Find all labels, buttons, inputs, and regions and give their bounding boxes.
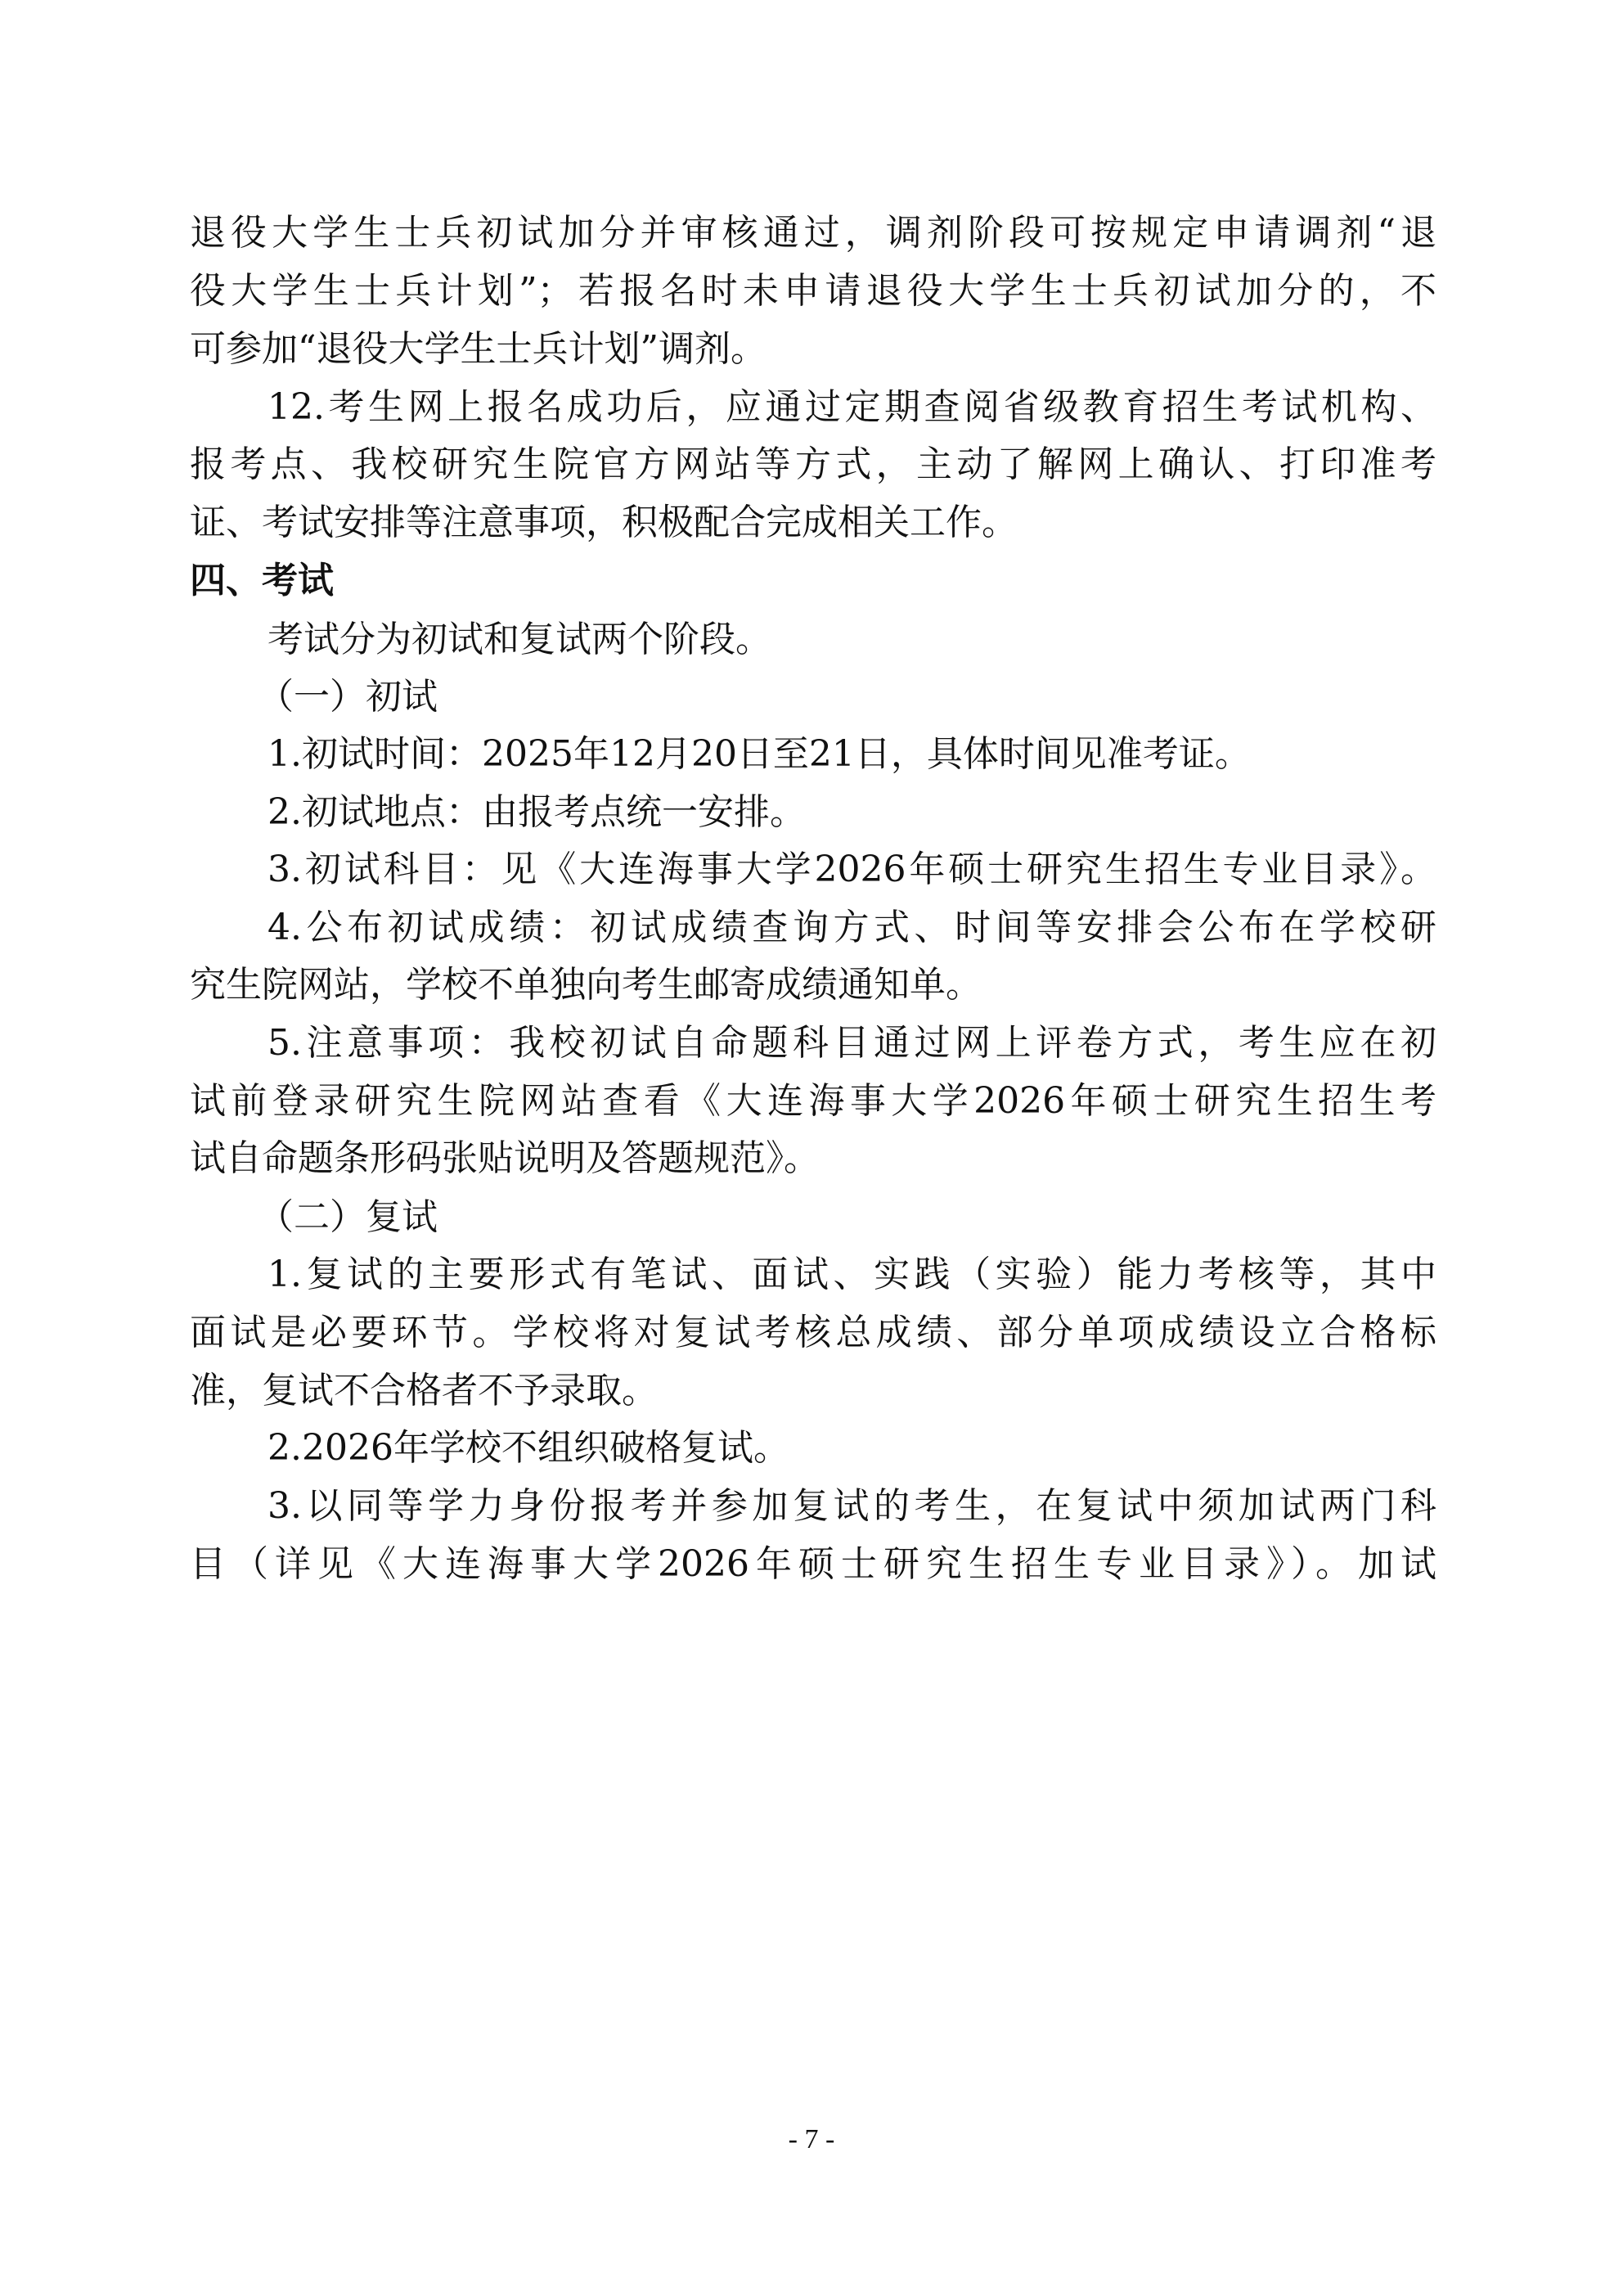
paragraph-line: 面试是必要环节。学校将对复试考核总成绩、部分单项成绩设立合格标 — [190, 1308, 1436, 1357]
list-item-prelim-subjects: 3.初试科目：见《大连海事大学2026年硕士研究生招生专业目录》。 — [268, 845, 1436, 894]
paragraph-line: 退役大学生士兵初试加分并审核通过，调剂阶段可按规定申请调剂“退 — [190, 209, 1436, 258]
page-number: - 7 - — [0, 2119, 1623, 2160]
list-item-prelim-scores: 4.公布初试成绩：初试成绩查询方式、时间等安排会公布在学校研 — [268, 903, 1436, 952]
paragraph-line: 证、考试安排等注意事项，积极配合完成相关工作。 — [190, 498, 1436, 547]
paragraph-line: 试自命题条形码张贴说明及答题规范》。 — [190, 1134, 1436, 1183]
paragraph-line: 试前登录研究生院网站查看《大连海事大学2026年硕士研究生招生考 — [190, 1077, 1436, 1126]
subsection-heading-preliminary: （一）初试 — [258, 673, 1436, 722]
list-item-prelim-time: 1.初试时间：2025年12月20日至21日，具体时间见准考证。 — [268, 730, 1436, 779]
section-heading-exam: 四、考试 — [190, 556, 1436, 606]
list-item-retest-equivalent: 3.以同等学力身份报考并参加复试的考生，在复试中须加试两门科 — [268, 1482, 1436, 1531]
list-item-12: 12.考生网上报名成功后，应通过定期查阅省级教育招生考试机构、 — [268, 383, 1436, 432]
paragraph-line: 可参加“退役大学生士兵计划”调剂。 — [190, 325, 1436, 374]
paragraph-line: 报考点、我校研究生院官方网站等方式，主动了解网上确认、打印准考 — [190, 440, 1436, 489]
paragraph-line: 准，复试不合格者不予录取。 — [190, 1366, 1436, 1416]
subsection-heading-retest: （二）复试 — [258, 1193, 1436, 1242]
paragraph-line: 役大学生士兵计划”；若报名时未申请退役大学生士兵初试加分的，不 — [190, 267, 1436, 316]
section-intro: 考试分为初试和复试两个阶段。 — [268, 615, 1436, 664]
list-item-retest-forms: 1.复试的主要形式有笔试、面试、实践（实验）能力考核等，其中 — [268, 1250, 1436, 1299]
document-page: 退役大学生士兵初试加分并审核通过，调剂阶段可按规定申请调剂“退 役大学生士兵计划… — [0, 0, 1623, 2296]
list-item-prelim-notes: 5.注意事项：我校初试自命题科目通过网上评卷方式，考生应在初 — [268, 1019, 1436, 1068]
list-item-prelim-location: 2.初试地点：由报考点统一安排。 — [268, 788, 1436, 837]
list-item-retest-exception: 2.2026年学校不组织破格复试。 — [268, 1424, 1436, 1473]
paragraph-line: 目（详见《大连海事大学2026年硕士研究生招生专业目录》）。加试 — [190, 1540, 1436, 1589]
paragraph-line: 究生院网站，学校不单独向考生邮寄成绩通知单。 — [190, 961, 1436, 1010]
